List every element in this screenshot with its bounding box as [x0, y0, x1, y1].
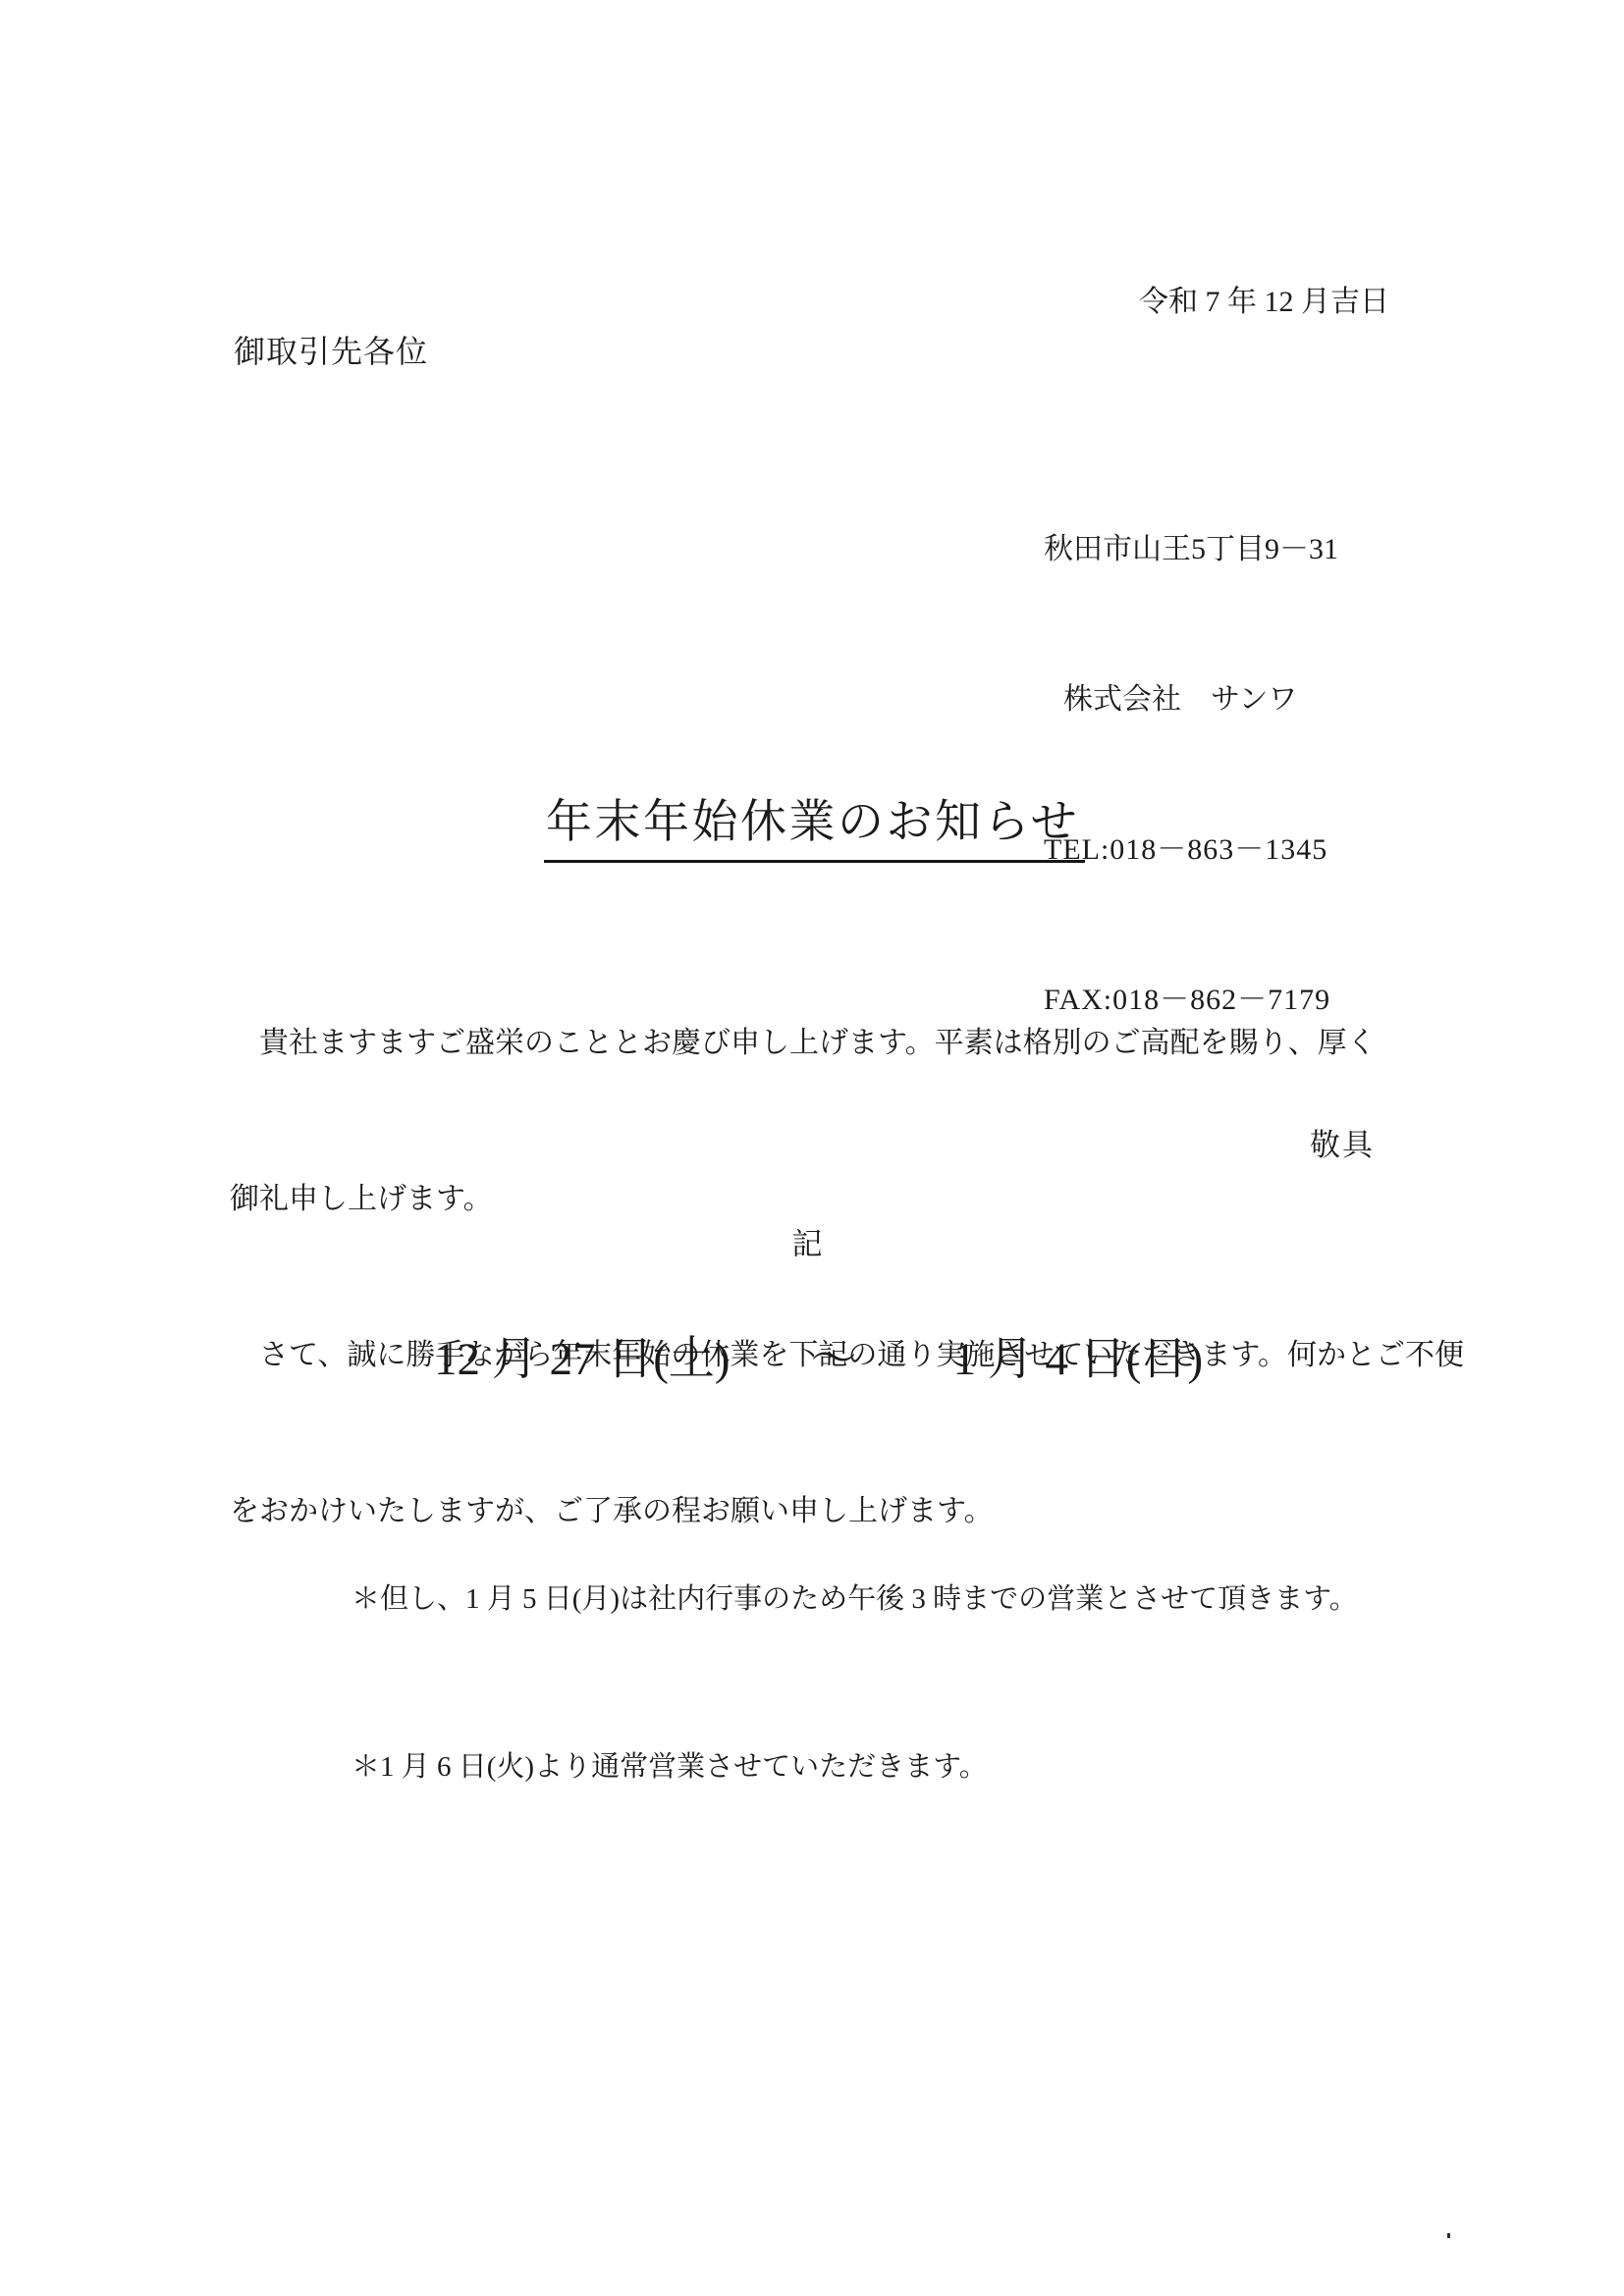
note-line: ＊但し、1 月 5 日(月)は社内行事のため午後 3 時までの営業とさせて頂きま… — [352, 1572, 1358, 1628]
notice-title: 年末年始休業のお知らせ — [544, 785, 1085, 863]
note-line: ＊1 月 6 日(火)より通常営業させていただきます。 — [352, 1739, 1358, 1795]
issued-date: 令和 7 年 12 月吉日 — [0, 277, 1389, 320]
body-line: 貴社ますますご盛栄のこととお慶び申し上げます。平素は格別のご高配を賜り、厚く — [230, 1017, 1452, 1069]
sender-company-name: 株式会社 サンワ — [1044, 674, 1338, 724]
holiday-end-date: 1 月 4 日(日) — [953, 1322, 1204, 1388]
holiday-range-tilde: ～ — [811, 1322, 857, 1388]
scan-speck-artifact — [1447, 2233, 1450, 2238]
scanned-business-letter: 令和 7 年 12 月吉日 御取引先各位 秋田市山王5丁目9－31 株式会社 サ… — [0, 0, 1624, 2296]
recipient-line: 御取引先各位 — [234, 327, 428, 372]
closing-keigu: 敬具 — [0, 1120, 1375, 1164]
body-line: 御礼申し上げます。 — [230, 1173, 1452, 1225]
sender-tel: TEL:018－863－1345 — [1044, 825, 1338, 875]
record-marker: 記 — [0, 1219, 1614, 1263]
sender-address: 秋田市山王5丁目9－31 — [1044, 524, 1338, 574]
notes-block: ＊但し、1 月 5 日(月)は社内行事のため午後 3 時までの営業とさせて頂きま… — [352, 1460, 1358, 1907]
holiday-start-date: 12 月 27 日(土) — [434, 1322, 731, 1388]
holiday-period: 12 月 27 日(土) ～ 1 月 4 日(日) — [434, 1322, 1203, 1388]
